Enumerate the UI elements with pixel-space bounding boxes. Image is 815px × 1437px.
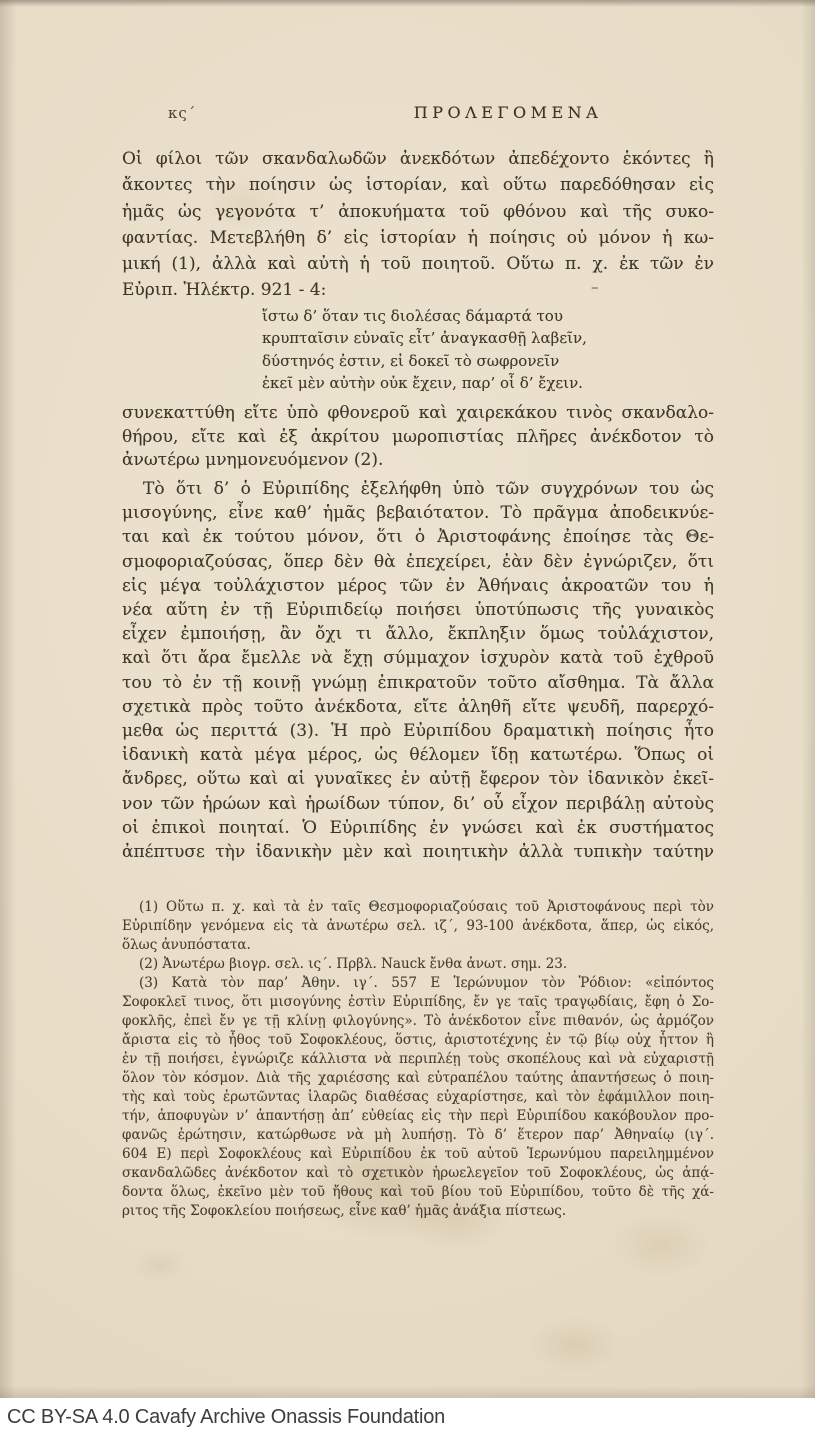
text-line: ἐκεῖ μὲν αὐτὴν οὐκ ἔχειν, παρ’ οἷ δ’ ἔχε… xyxy=(262,372,587,394)
text-line: μεθα ὡς περιττά (3). Ἡ πρὸ Εὐριπίδου δρα… xyxy=(122,719,714,743)
text-line: Εὐριπίδην γενόμενα εἰς τὰ ἀνωτέρω σελ. ι… xyxy=(122,917,714,936)
text-line: μισογύνης, εἶνε καθ’ ἡμᾶς βεβαιότατον. Τ… xyxy=(122,501,714,525)
text-line: ἄριστα εἰς τὸ ἦθος τοῦ Σοφοκλέους, ὅστις… xyxy=(122,1031,714,1050)
text-line: ται καὶ ἐκ τούτου μόνον, ὅτι ὁ Ἀριστοφάν… xyxy=(122,525,714,549)
footnote-1: (1) Οὕτω π. χ. καὶ τὰ ἐν ταῖς Θεσμοφορια… xyxy=(122,898,714,955)
text-line: Οἱ φίλοι τῶν σκανδαλωδῶν ἀνεκδότων ἀπεδέ… xyxy=(122,146,714,172)
text-line: δύστηνός ἐστιν, εἰ δοκεῖ τὸ σωφρονεῖν xyxy=(262,350,587,372)
text-line: (3) Κατὰ τὸν παρ’ Ἀθην. ιγ´. 557 Ε Ἱερών… xyxy=(122,974,714,993)
text-line: νέα αὕτη ἐν τῇ Εὐριπιδείῳ ποιήσει ὑποτύπ… xyxy=(122,598,714,622)
scanned-book-page: κς´ ΠΡΟΛΕΓΟΜΕΝΑ Οἱ φίλοι τῶν σκανδαλωδῶν… xyxy=(0,0,815,1437)
license-caption-bar: CC BY-SA 4.0 Cavafy Archive Onassis Foun… xyxy=(0,1398,815,1437)
stray-ink-dash-mark: – xyxy=(591,282,606,292)
text-line: ἄκοντες τὴν ποίησιν ὡς ἱστορίαν, καὶ οὕτ… xyxy=(122,172,714,198)
text-line: σκανδαλῶδες ἀνέκδοτον καὶ τὸ σχετικὸν ἡρ… xyxy=(122,1164,714,1183)
text-line: φοκλῆς, ἐπεὶ ἔν γε τῇ κλίνῃ φιλογύνης». … xyxy=(122,1012,714,1031)
license-caption-text: CC BY-SA 4.0 Cavafy Archive Onassis Foun… xyxy=(0,1406,445,1429)
text-line: σχετικὰ πρὸς τοῦτο ἀνέκδοτα, εἴτε ἀληθῆ … xyxy=(122,695,714,719)
text-line: ἰδανικὴ κατὰ μέγα μέρος, ὡς θέλομεν ἴδῃ … xyxy=(122,743,714,767)
text-line: καὶ ὅτι ἄρα ἔμελλε νὰ ἔχῃ σύμμαχον ἰσχυρ… xyxy=(122,646,714,670)
text-line: εἰς μέγα τοὐλάχιστον μέρος τῶν ἐν Ἀθήναι… xyxy=(122,574,714,598)
text-line: (2) Ἀνωτέρω βιογρ. σελ. ις´. Πρβλ. Nauck… xyxy=(122,955,714,974)
text-line: ἄνδρες, οὕτω καὶ αἱ γυναῖκες ἐν αὐτῇ ἔφε… xyxy=(122,767,714,791)
paragraph-one: Οἱ φίλοι τῶν σκανδαλωδῶν ἀνεκδότων ἀπεδέ… xyxy=(122,146,714,304)
text-line: (1) Οὕτω π. χ. καὶ τὰ ἐν ταῖς Θεσμοφορια… xyxy=(122,898,714,917)
text-line: φανῶς ἐρώτησιν, κατώρθωσε νὰ μὴ λυπήσῃ. … xyxy=(122,1126,714,1145)
text-line: θήρου, εἴτε καὶ ἐξ ἀκρίτου μωροπιστίας π… xyxy=(122,426,714,450)
text-line: 604 Ε) περὶ Σοφοκλέους καὶ Εὐριπίδου ἐκ … xyxy=(122,1145,714,1164)
text-line: ἀνωτέρω μνημονευόμενον (2). xyxy=(122,449,714,473)
page-paper: κς´ ΠΡΟΛΕΓΟΜΕΝΑ Οἱ φίλοι τῶν σκανδαλωδῶν… xyxy=(0,0,815,1398)
paragraph-two: Τὸ ὅτι δ’ ὁ Εὐριπίδης ἐξελήφθη ὑπὸ τῶν σ… xyxy=(122,477,714,864)
text-line: οἱ ἐπικοὶ ποιηταί. Ὁ Εὐριπίδης ἐν γνώσει… xyxy=(122,816,714,840)
text-line: εἶχεν ἐμποιήσῃ, ἂν ὄχι τι ἄλλο, ἔκπληξιν… xyxy=(122,622,714,646)
text-line: ἴστω δ’ ὅταν τις διολέσας δάμαρτά του xyxy=(262,305,587,327)
text-line: συνεκαττύθη εἴτε ὑπὸ φθονεροῦ καὶ χαιρεκ… xyxy=(122,402,714,426)
text-line: σμοφοριαζούσας, ὅπερ δὲν θὰ ἐπεχείρει, ἐ… xyxy=(122,550,714,574)
text-line: μική (1), ἀλλὰ καὶ αὐτὴ ἡ τοῦ ποιητοῦ. Ο… xyxy=(122,251,714,277)
text-line: τὴς καὶ τοὺς ἐρωτῶντας ἱλαρῶς διαθέσας ε… xyxy=(122,1088,714,1107)
text-line: νον τῶν ἡρώων καὶ ἡρωίδων τύπον, δι’ οὗ … xyxy=(122,792,714,816)
text-line: ριτος τῆς Σοφοκλείου ποιήσεως, εἶνε καθ’… xyxy=(122,1202,714,1221)
verse-quote-electra: ἴστω δ’ ὅταν τις διολέσας δάμαρτά τουκρυ… xyxy=(262,305,587,394)
footnotes-section: (1) Οὕτω π. χ. καὶ τὰ ἐν ταῖς Θεσμοφορια… xyxy=(122,898,714,1221)
text-line: ἀπέπτυσε τὴν ἰδανικὴν μὲν καὶ ποιητικὴν … xyxy=(122,840,714,864)
text-line: δοντα ὅλως, ἐκεῖνο μὲν τοῦ ἤθους καὶ τοῦ… xyxy=(122,1183,714,1202)
text-line: ὅλως ἀνυπόστατα. xyxy=(122,936,714,955)
page-title: ΠΡΟΛΕΓΟΜΕΝΑ xyxy=(408,103,608,122)
text-line: φαντίας. Μετεβλήθη δ’ εἰς ἱστορίαν ἡ ποί… xyxy=(122,225,714,251)
page-number: κς´ xyxy=(168,104,196,122)
footnote-2: (2) Ἀνωτέρω βιογρ. σελ. ις´. Πρβλ. Nauck… xyxy=(122,955,714,974)
text-line: τήν, ἀποφυγὼν ν’ ἀπαντήσῃ ἀπ’ εὐθείας εἰ… xyxy=(122,1107,714,1126)
paragraph-one-continuation: συνεκαττύθη εἴτε ὑπὸ φθονεροῦ καὶ χαιρεκ… xyxy=(122,402,714,473)
text-line: Εὐριπ. Ἠλέκτρ. 921 - 4: xyxy=(122,277,714,303)
text-line: ἐν τῇ ποιήσει, ἐγνώριζε κάλλιστα νὰ περι… xyxy=(122,1050,714,1069)
text-line: ὅλον τὸν κόσμον. Διὰ τῆς χαριέσσης καὶ ε… xyxy=(122,1069,714,1088)
text-line: ἡμᾶς ὡς γεγονότα τ’ ἀποκυήματα τοῦ φθόνο… xyxy=(122,199,714,225)
text-line: Τὸ ὅτι δ’ ὁ Εὐριπίδης ἐξελήφθη ὑπὸ τῶν σ… xyxy=(122,477,714,501)
text-line: κρυπταῖσιν εὐναῖς εἶτ’ ἀναγκασθῇ λαβεῖν, xyxy=(262,327,587,349)
footnote-3: (3) Κατὰ τὸν παρ’ Ἀθην. ιγ´. 557 Ε Ἱερών… xyxy=(122,974,714,1221)
text-line: Σοφοκλεῖ τινος, ὅτι μισογύνης ἐστὶν Εὐρι… xyxy=(122,993,714,1012)
text-line: του τὸ ἐν τῇ κοινῇ γνώμῃ ἐπικρατοῦν τοῦτ… xyxy=(122,671,714,695)
